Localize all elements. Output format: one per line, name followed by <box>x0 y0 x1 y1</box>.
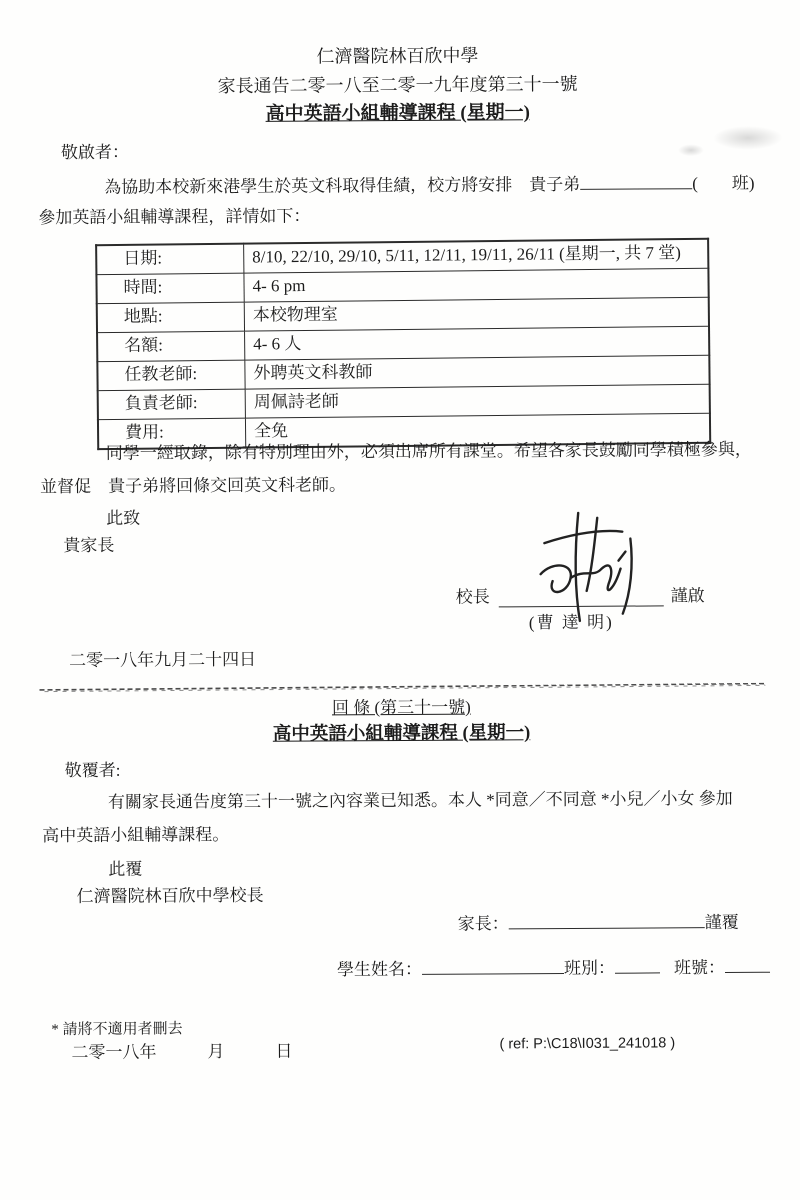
scan-artifact <box>713 126 783 150</box>
class-blank <box>615 954 660 973</box>
parent-sign-off: 謹覆 <box>705 913 739 932</box>
row-label: 時間: <box>96 273 244 303</box>
reply-closing: 此覆 <box>108 859 142 882</box>
class-no-blank <box>725 954 770 973</box>
parent-label: 家長： <box>458 914 509 933</box>
notice-number-line: 家長通告二零一八至二零一九年度第三十一號 <box>0 71 798 100</box>
row-label: 日期: <box>96 244 244 275</box>
scan-artifact <box>678 144 704 156</box>
principal-signature <box>500 510 669 623</box>
principal-label: 校長 <box>456 586 490 609</box>
para1-class-suffix: ( 班) <box>692 174 754 193</box>
closing-cizhi: 此致 <box>106 508 140 531</box>
reply-fill-date-line: 二零一八年 月 日 <box>71 1041 292 1065</box>
principal-name: (曹 達 明) <box>529 612 614 635</box>
issue-date: 二零一八年九月二十四日 <box>69 649 256 673</box>
reply-body-line-1: 有關家長通告度第三十一號之內容業已知悉。本人 *同意／不同意 *小兒／小女 參加 <box>65 788 733 815</box>
student-name-fill-blank <box>422 955 564 975</box>
row-label: 任教老師: <box>97 360 245 390</box>
delete-inapplicable-footnote: * 請將不適用者刪去 <box>51 1019 182 1040</box>
school-name: 仁濟醫院林百欣中學 <box>0 42 797 71</box>
reply-salutation: 敬覆者: <box>65 760 121 783</box>
class-no-label: 班號： <box>660 958 725 977</box>
parent-sign-row: 家長：謹覆 <box>458 909 739 936</box>
reply-slip-title: 回 條 (第三十一號) <box>1 695 800 723</box>
scanned-notice-page: 仁濟醫院林百欣中學 家長通告二零一八至二零一九年度第三十一號 高中英語小組輔導課… <box>0 0 800 1200</box>
tear-off-divider <box>39 683 765 692</box>
file-reference: ( ref: P:\C18\I031_241018 ) <box>499 1034 675 1055</box>
body-paragraph-2-line-2: 並督促 貴子弟將回條交回英文科老師。 <box>40 474 346 499</box>
row-label: 地點: <box>97 302 245 332</box>
salutation: 敬啟者： <box>61 142 129 165</box>
principal-sign-off: 謹啟 <box>671 585 705 608</box>
row-label: 負責老師: <box>98 389 246 419</box>
body-paragraph-1-line-2: 參加英語小組輔導課程，詳情如下： <box>38 206 310 231</box>
reply-slip-course-title: 高中英語小組輔導課程 (星期一) <box>1 720 800 750</box>
course-details-table: 日期: 8/10, 22/10, 29/10, 5/11, 12/11, 19/… <box>95 238 711 450</box>
row-value: 8/10, 22/10, 29/10, 5/11, 12/11, 19/11, … <box>244 239 709 273</box>
parent-signature-blank <box>509 909 705 929</box>
document-title: 高中英語小組輔導課程 (星期一) <box>0 99 798 130</box>
student-name-label: 學生姓名： <box>337 960 422 980</box>
body-paragraph-1-line-1: 為協助本校新來港學生於英文科取得佳績，校方將安排 貴子弟( 班) <box>61 170 754 200</box>
para1-text: 為協助本校新來港學生於英文科取得佳績，校方將安排 貴子弟 <box>61 175 580 197</box>
class-label: 班別： <box>564 959 615 978</box>
body-paragraph-2-line-1: 同學一經取錄，除有特別理由外，必須出席所有課堂。希望各家長鼓勵同學積極參與， <box>63 439 752 466</box>
student-info-row: 學生姓名：班別：班號： <box>337 954 770 982</box>
row-label: 名額: <box>97 331 245 361</box>
reply-addressee: 仁濟醫院林百欣中學校長 <box>76 885 263 909</box>
reply-body-line-2: 高中英語小組輔導課程。 <box>42 824 229 848</box>
student-name-blank <box>580 170 692 190</box>
recipient: 貴家長 <box>63 535 114 558</box>
scan-content: 仁濟醫院林百欣中學 家長通告二零一八至二零一九年度第三十一號 高中英語小組輔導課… <box>0 0 800 1200</box>
